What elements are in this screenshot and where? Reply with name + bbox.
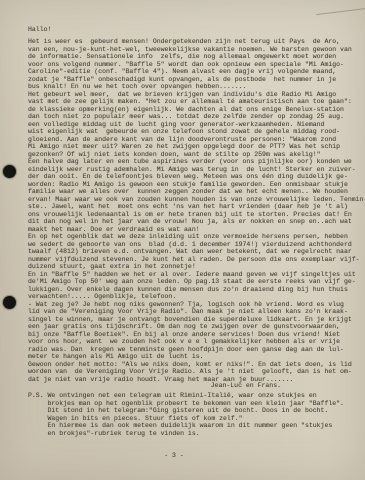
document-page: Hallo! Het is weer es gebeurd mensen! On… [0,0,365,480]
typewritten-line: dan toch niet zo populair meer was... to… [28,113,365,121]
typewritten-line: verwachten!..... Ogenblikje, telefoon. [28,293,365,301]
typewritten-line: twaalf (4812) brieven e.d. ontvangen. Wa… [28,248,365,256]
typewritten-line: zodat je "Baffle" onbeschadigd kunt opva… [28,76,365,84]
typewritten-line: Het is weer es gebeurd mensen! Ondergete… [28,38,365,46]
typewritten-line: wist eigenlijk wat gebeurde en onze tele… [28,128,365,136]
typewritten-line: Een halve dag later en een tube aspirine… [28,158,365,166]
typewritten-line: Caroline"-editie (conf. "Baffle 4"). Nee… [28,68,365,76]
typewritten-line: singel te winnen, maar je ontvangt boven… [28,316,365,324]
punch-hole [3,165,16,178]
typewritten-line: de'Mi Amigo Top 50' weg aan onze leden. … [28,278,365,286]
typewritten-line: van een, nou-je-kunt-het-wel, tweewekeli… [28,46,365,54]
typewritten-line: meter te hangen als Mi Amigo uit de luch… [28,353,365,361]
typewritten-line: familie waar we alles over kunnen zeggen… [28,188,365,196]
typewritten-line: lukkigen. Over enkele dagen kunnen die m… [28,286,365,294]
typewritten-line: Gewoon onder het motto: "Als we niks doe… [28,361,365,369]
typewritten-line: gloeiend. Aan de andere kant van de lijn… [28,136,365,144]
typewritten-line: eindelijk weer rustig ademhalen. Mi Amig… [28,166,365,174]
typewritten-line: en brokjes"-rubriek terug te vinden is. [28,430,344,438]
typewritten-line: voor ons volgend nummer. "Baffle 5" word… [28,61,365,69]
typewritten-line: een volledige middag uit de lucht ging v… [28,121,365,129]
typewritten-line: ervan! Maar waar we ook van zouden kunne… [28,196,365,204]
typewritten-line: de informatie. Sensationele info zelfs, … [28,53,365,61]
typewritten-line: duizend stuurt, gaat extra in het zonnet… [28,263,365,271]
typewritten-line: brokjes man op het ogenblik probeert te … [28,400,344,408]
punch-hole [3,296,16,309]
typewritten-line: Wagen in bits en pieces. Stuur fiets of … [28,415,344,423]
typewritten-line: bij onze "Baffle Boetiek". En bij al onz… [28,331,365,339]
typewritten-line: Het gebeurt wel meer, dat we brieven kri… [28,91,365,99]
typewritten-line: nummer vijfduizend stevenen. Je kunt het… [28,256,365,264]
typewritten-line: En hiermee is dan ook meteen duidelijk w… [28,422,344,430]
corner-crease [316,8,365,15]
typewritten-line: worden van de Vereniging Voor Vrije Radi… [28,368,365,376]
typewritten-line: dit dan nog wel in het jaar van de vrouw… [28,218,365,226]
typewritten-line: Dit stond in het telegram:"Ging gisteren… [28,407,344,415]
typewritten-line: maakt het maar. Doe er verdraaid es wat … [28,226,365,234]
typewritten-line: En in "Baffle 5" hadden we het er al ove… [28,271,365,279]
typewritten-line: En op het ogenblik dat we deze inleiding… [28,233,365,241]
typewritten-line: lid van de "Vereniging Voor Vrije Radio"… [28,308,365,316]
typewritten-line: P.S. We ontvingen net een telegram uit R… [28,392,344,400]
typewritten-line: voor ons hoor, want we zouden het ook v … [28,338,365,346]
typewritten-line: ons vrouwelijk ledenaantal is om er hete… [28,211,365,219]
typewritten-line: een jaar gratis ons tijdschrift. Om dan … [28,323,365,331]
page-number: - 3 - [0,452,348,460]
typewritten-line: der dan ooit. En de telefoontjes bleven … [28,173,365,181]
typewritten-line: ste.. Jawel, want het moet ons echt 'ns … [28,203,365,211]
greeting-line: Hallo! [28,26,51,34]
typewritten-line: we sedert de geboorte van ons blad (d.d.… [28,241,365,249]
typewritten-line: worden: Radio Mi Amigo is gewoon een stu… [28,181,365,189]
typewritten-line: Mi Amigo niet meer uit? Waren ze het zwi… [28,143,365,151]
signature: Jean-Luc en Frans. [28,382,281,390]
typewritten-line: de klassieke opmerking(en) eigenlijk. We… [28,106,365,114]
typewritten-line: bus knalt! En nu we het toch over opvang… [28,83,365,91]
postscript-text: P.S. We ontvingen net een telegram uit R… [28,392,344,437]
typewritten-line: - Wat zeg je? Je hebt nog niks gewonnen?… [28,301,365,309]
typewritten-line: vast met de zee gelijk maken. "Het zou e… [28,98,365,106]
typewritten-line: gezonken? Of wij niet iets konden doen, … [28,151,365,159]
body-text: Het is weer es gebeurd mensen! Ondergete… [28,38,365,383]
typewritten-line: radio was. Dan kregen we tenminste geen … [28,346,365,354]
